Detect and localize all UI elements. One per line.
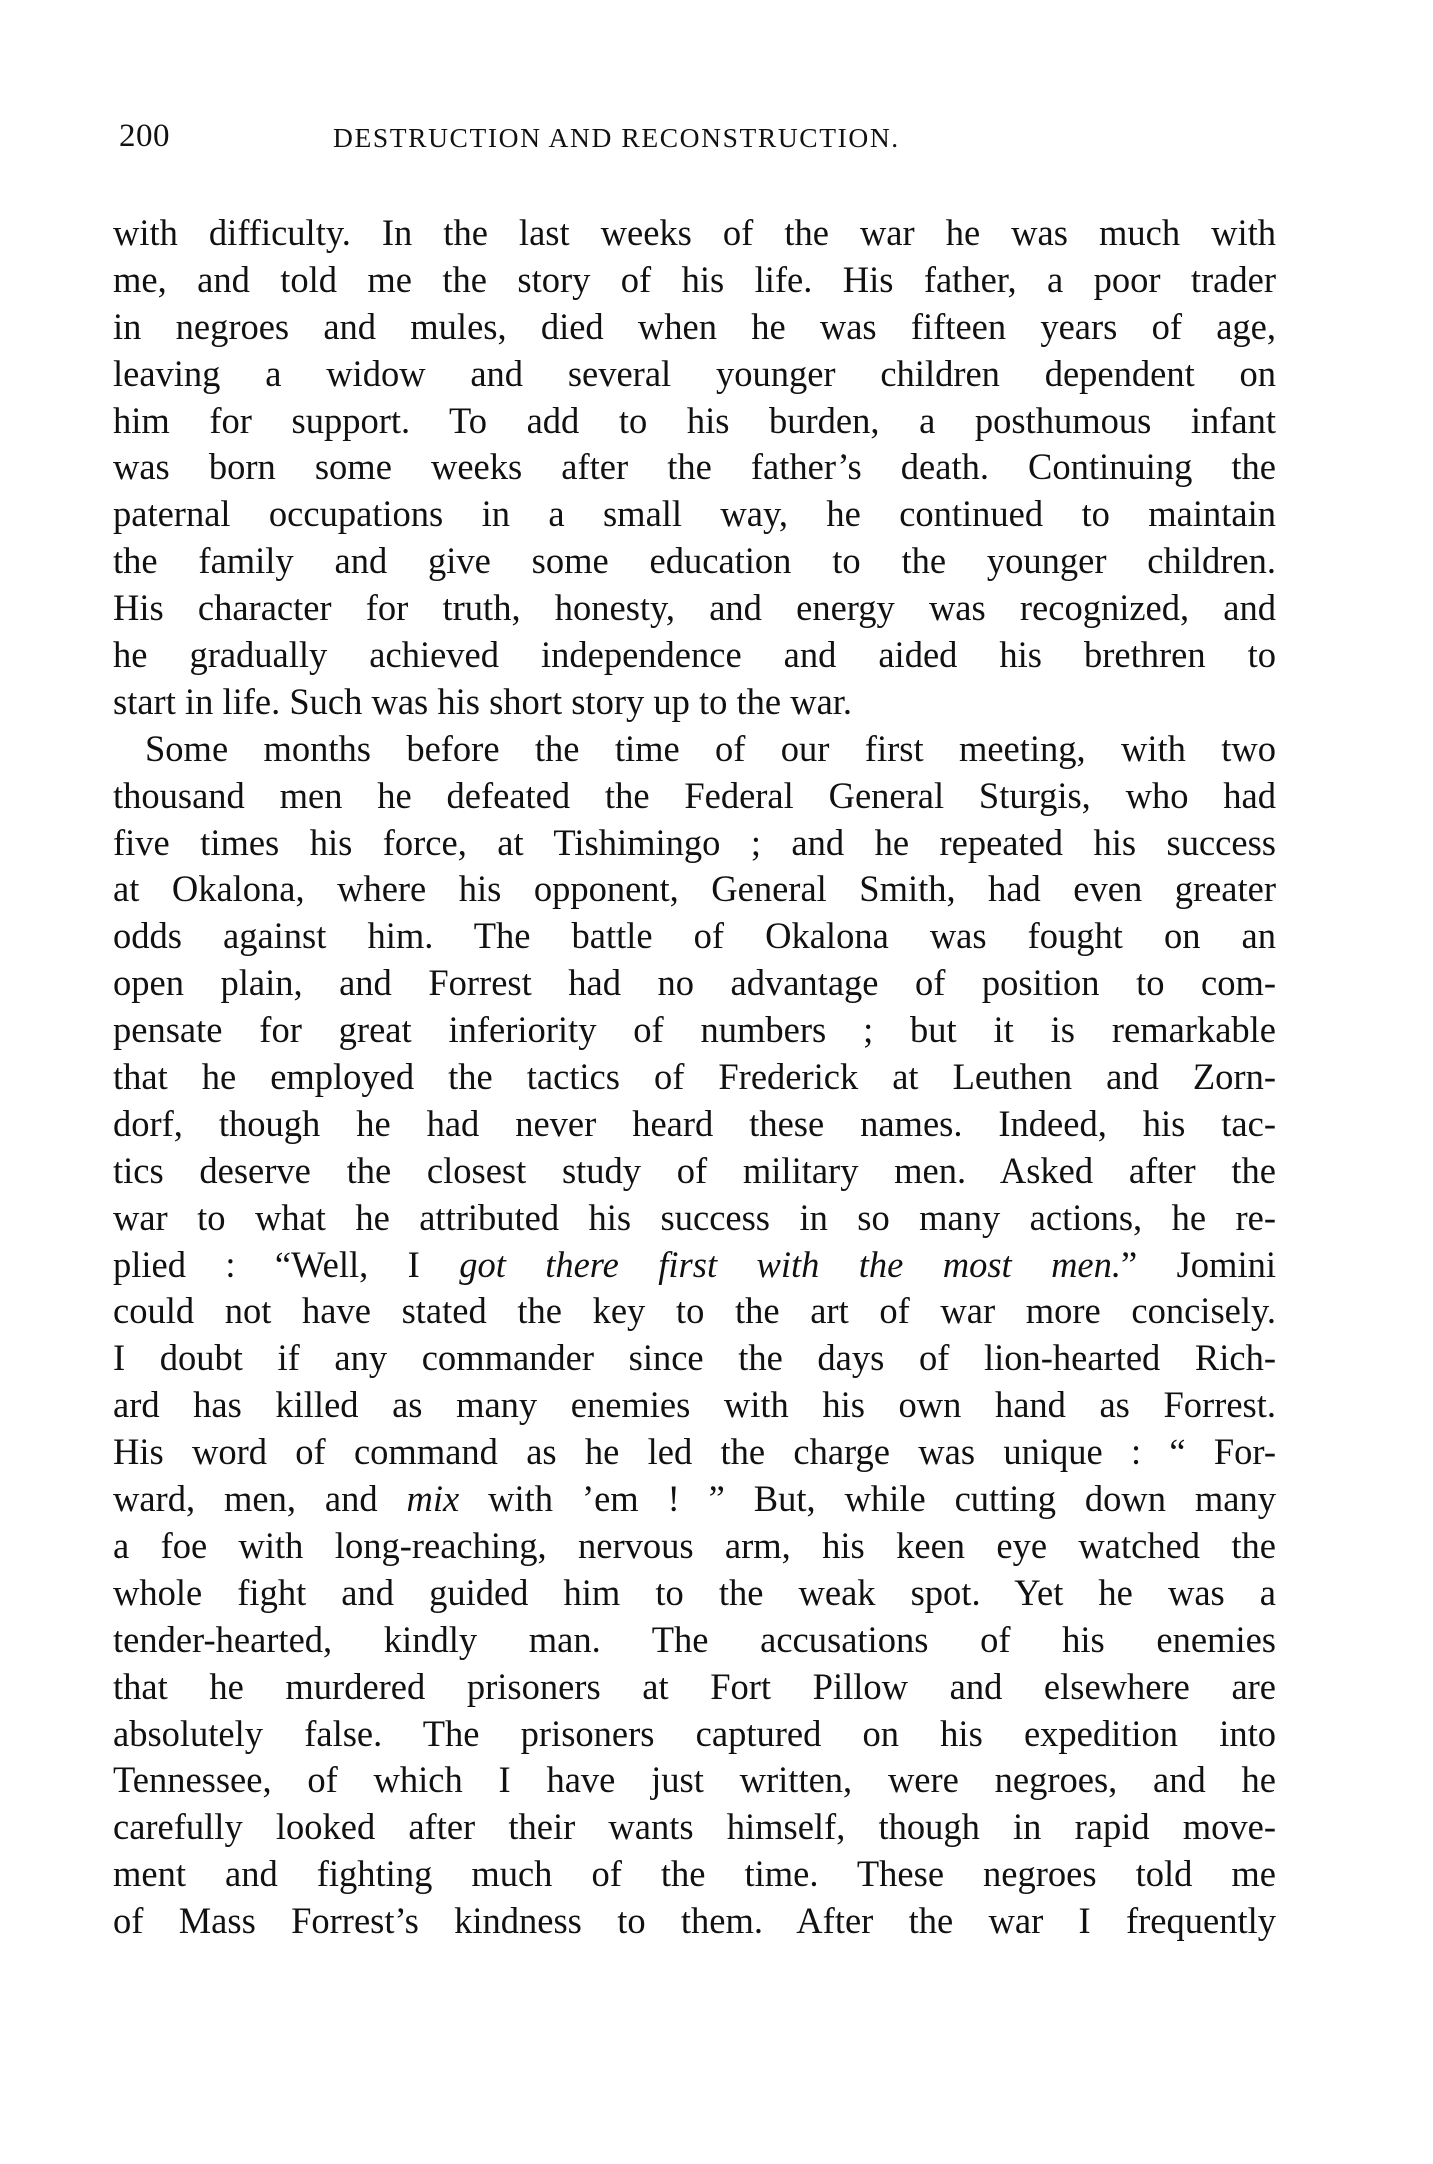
text-line: that he murdered prisoners at Fort Pillo… [113,1664,1276,1711]
text-line: whole fight and guided him to the weak s… [113,1570,1276,1617]
book-page: 200 DESTRUCTION AND RECONSTRUCTION. with… [0,0,1433,2164]
line-text-post: with ’em ! ” But, while cutting down man… [459,1478,1276,1519]
text-line: tics deserve the closest study of milita… [113,1148,1276,1195]
text-line: war to what he attributed his success in… [113,1195,1276,1242]
text-line: could not have stated the key to the art… [113,1288,1276,1335]
text-line: paternal occupations in a small way, he … [113,491,1276,538]
text-line: pensate for great inferiority of numbers… [113,1007,1276,1054]
text-line: leaving a widow and several younger chil… [113,351,1276,398]
text-line: in negroes and mules, died when he was f… [113,304,1276,351]
italic-quote: got there first with the most men. [459,1244,1121,1285]
running-head: 200 DESTRUCTION AND RECONSTRUCTION. [113,112,1276,160]
text-line: His character for truth, honesty, and en… [113,585,1276,632]
text-line: was born some weeks after the father’s d… [113,444,1276,491]
text-line: the family and give some education to th… [113,538,1276,585]
body-text: with difficulty. In the last weeks of th… [113,210,1276,1945]
text-line: carefully looked after their wants himse… [113,1804,1276,1851]
line-text-pre: ward, men, and [113,1478,407,1519]
text-line: that he employed the tactics of Frederic… [113,1054,1276,1101]
text-line: open plain, and Forrest had no advantage… [113,960,1276,1007]
text-line: I doubt if any commander since the days … [113,1335,1276,1382]
text-line: of Mass Forrest’s kindness to them. Afte… [113,1898,1276,1945]
paragraph-first-line: Some months before the time of our first… [113,726,1276,773]
text-line: thousand men he defeated the Federal Gen… [113,773,1276,820]
text-line: ard has killed as many enemies with his … [113,1382,1276,1429]
text-line: at Okalona, where his opponent, General … [113,866,1276,913]
text-line: five times his force, at Tishimingo ; an… [113,820,1276,867]
text-line: tender-hearted, kindly man. The accusati… [113,1617,1276,1664]
page-number: 200 [119,112,170,160]
text-line: me, and told me the story of his life. H… [113,257,1276,304]
line-text-pre: plied : “Well, I [113,1244,459,1285]
text-line: dorf, though he had never heard these na… [113,1101,1276,1148]
text-line: odds against him. The battle of Okalona … [113,913,1276,960]
line-text-post: ” Jomini [1121,1244,1276,1285]
text-line: start in life. Such was his short story … [113,679,1276,726]
chapter-running-title: DESTRUCTION AND RECONSTRUCTION. [333,114,900,162]
text-line: His word of command as he led the charge… [113,1429,1276,1476]
text-line: he gradually achieved independence and a… [113,632,1276,679]
italic-word: mix [407,1478,460,1519]
text-line: him for support. To add to his burden, a… [113,398,1276,445]
text-line: a foe with long-reaching, nervous arm, h… [113,1523,1276,1570]
text-line: Tennessee, of which I have just written,… [113,1757,1276,1804]
text-line: ment and fighting much of the time. Thes… [113,1851,1276,1898]
text-line-with-quote: plied : “Well, I got there first with th… [113,1242,1276,1289]
text-line-with-italic: ward, men, and mix with ’em ! ” But, whi… [113,1476,1276,1523]
text-line: with difficulty. In the last weeks of th… [113,210,1276,257]
text-line: absolutely false. The prisoners captured… [113,1711,1276,1758]
